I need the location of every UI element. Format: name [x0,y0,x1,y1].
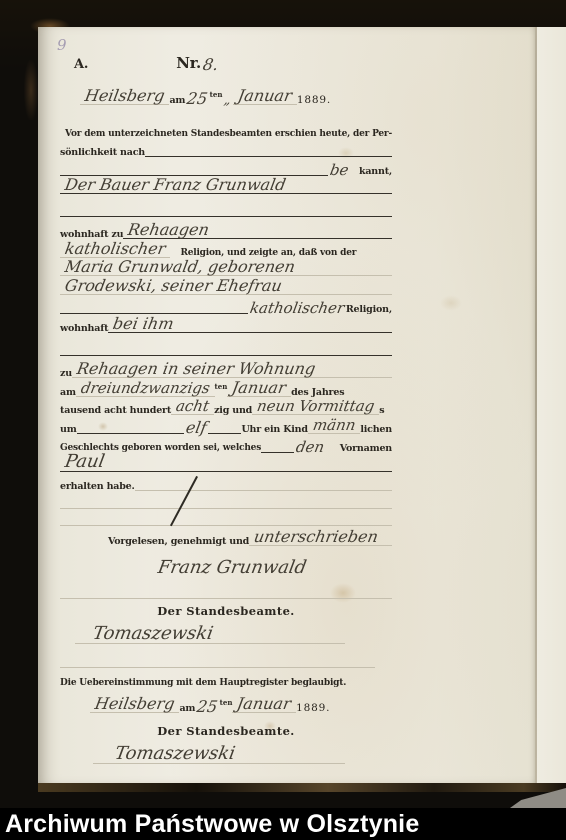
blank-line [60,340,392,358]
vornamen-label: Vornamen [340,444,392,454]
cert-day: 25 [194,699,221,715]
birth-month-field: Januar [227,380,291,397]
cover-worn-edge [24,60,38,120]
hour-printed: Uhr ein Kind [241,425,307,435]
cert-day-suffix: ten [220,698,233,707]
registrar-signature-line-2: Tomaszewski [93,740,345,766]
daytime-hand: Vormittag [296,399,378,414]
blank-line [60,201,392,219]
cert-year: 1889. [296,703,330,714]
intro-line-1: Vor dem unterzeichneten Standesbeamten e… [60,123,392,141]
year-hand-1: acht [173,399,213,414]
registrar-title-line: Der Standesbeamte. [60,601,392,619]
issue-day: 25 [184,91,211,107]
birthplace-prefix: zu [60,369,72,379]
cert-month: Januar [234,696,295,712]
religion-field-1: katholischer [60,241,170,258]
religion-value-1: katholischer [62,241,169,257]
certification-line: Die Uebereinstimmung mit dem Hauptregist… [60,672,392,690]
am-label: am [169,96,185,106]
ditto-mark: „ [221,94,234,107]
issue-month: Januar [235,88,296,104]
registrar-signature-line: Tomaszewski [75,620,345,646]
blank-rule [214,238,392,239]
blank-line [60,652,375,670]
archive-watermark-bar: Archiwum Państwowe w Olsztynie [0,808,566,840]
mother-name-field: Maria Grunwald, geborenen [60,259,300,276]
blank-rule [60,667,375,668]
blank-rule [300,275,392,276]
year-hand-field-1: acht [171,399,214,415]
residence-label: wohnhaft zu [60,230,123,240]
birth-day: dreiundzwanzigs [77,381,212,396]
birth-day-suffix: ten [215,382,228,391]
year-printed-1: tausend acht hundert [60,406,171,416]
record-number-value: 8. [200,57,222,73]
birthdate-prefix: am [60,388,76,398]
registrar-signature-field: Tomaszewski [75,625,345,644]
blank-rule [60,355,392,356]
facing-page-edge [537,27,566,787]
religion-value-2: katholischer [246,301,347,316]
received-line: erhalten habe. [60,475,392,493]
blank-rule [383,545,392,546]
child-name-line: Paul [60,456,392,474]
year-hand-2: neun [254,399,299,414]
birthplace-line: zu Rehaagen in seiner Wohnung [60,362,392,380]
cert-month-field: Januar [232,696,296,713]
birth-hour-line: um elf Uhr ein Kind männ lichen [60,418,392,436]
blank-rule [135,490,392,491]
register-page: 9 A. Nr. 8. Heilsberg am 25 ten „ Januar… [38,27,535,784]
mother-maiden-field: Grodewski, seiner Ehefrau [60,278,287,295]
section-letter: A. [74,58,88,71]
blank-rule [60,598,392,599]
declarant-field: Der Bauer Franz Grunwald [60,177,291,194]
closing-line: Vorgelesen, genehmigt und unterschrieben [60,530,392,548]
issue-year: 1889. [297,95,331,106]
paper-stain [440,295,462,311]
closing-printed: Vorgelesen, genehmigt und [108,537,249,547]
child-name-field: Paul [60,453,109,472]
blank-rule [208,433,241,434]
hour-label: um [60,425,77,435]
blank-rule [320,377,392,378]
religion-line-2: katholischer Religion, [60,298,392,316]
closing-hand: unterschrieben [251,529,382,545]
residence2-value: bei ihm [110,316,177,332]
declarant-signature-line: Franz Grunwald [60,551,392,577]
residence-value: Rehaagen [125,222,213,238]
birth-day-field: dreiundzwanzigs [76,381,215,397]
blank-rule [179,332,392,333]
issue-place: Heilsberg [82,88,168,104]
mother-maiden-name: Grodewski, seiner Ehefrau [62,278,286,294]
cert-place-field: Heilsberg [90,696,179,713]
hour-value: elf [182,420,209,436]
registrar-signature: Tomaszewski [89,625,216,643]
record-number-label: Nr. [176,56,201,71]
intro-text-2: sönlichkeit nach [60,148,145,158]
certification-date-line: Heilsberg am 25 ten Januar 1889. [60,691,392,715]
birthplace-value: Rehaagen in seiner Wohnung [73,361,318,377]
closing-hand-field: unterschrieben [249,529,383,546]
mother-maiden-line: Grodewski, seiner Ehefrau [60,279,392,297]
registrar-title-line-2: Der Standesbeamte. [60,721,392,739]
blank-rule [291,193,392,194]
article-hand: den [292,440,327,455]
registrar-title-2: Der Standesbeamte. [157,726,294,738]
intro-text-1: Vor dem unterzeichneten Standesbeamten e… [65,130,392,139]
blank-rule [60,525,392,526]
registrar-signature-field-2: Tomaszewski [93,745,345,764]
registrar-title: Der Standesbeamte. [157,606,294,618]
day-suffix: ten [210,90,223,99]
cert-place: Heilsberg [92,696,178,712]
daytime-suffix: s [379,406,384,416]
archive-name: Archiwum Państwowe w Olsztynie [0,808,419,840]
gender-hand: männ [310,418,359,433]
received-label: erhalten habe. [60,482,135,492]
blank-rule [261,452,293,453]
religion-printed-2: Religion, [346,305,392,315]
declarant-signature: Franz Grunwald [154,559,309,577]
birth-year-line: tausend acht hundert acht zig und neunVo… [60,399,392,417]
registrar-signature-2: Tomaszewski [111,745,238,763]
gender-printed: lichen [360,425,392,435]
cert-am-label: am [179,704,195,714]
gender-field: männ [308,418,361,434]
residence-field: Rehaagen [123,222,214,239]
blank-line [60,510,392,528]
certification-text: Die Uebereinstimmung mit dem Hauptregist… [60,679,346,688]
declarant-line: Der Bauer Franz Grunwald [60,178,392,196]
gender-line-2: Geschlechts geboren worden sei, welches … [60,437,392,455]
residence2-field: bei ihm [108,316,179,333]
blank-rule [109,471,392,472]
blank-rule [287,294,392,295]
year-printed-2: zig und [214,406,252,416]
header-line: A. Nr. 8. [60,55,392,73]
intro-line-2: sönlichkeit nach [60,141,392,159]
issue-month-field: Januar [233,88,297,105]
declarant-name: Der Bauer Franz Grunwald [62,177,289,193]
year-hand-field-2: neunVormittag [252,399,379,415]
child-name: Paul [61,453,108,471]
blank-rule [145,156,392,157]
known-handwritten: be [327,163,352,178]
birth-month: Januar [229,380,290,396]
known-printed: kannt, [359,167,392,177]
residence2-line: wohnhaft bei ihm [60,317,392,335]
blank-rule [60,508,392,509]
issue-date-line: Heilsberg am 25 ten „ Januar 1889. [60,83,392,107]
blank-line [60,493,392,511]
blank-line [60,583,392,601]
birth-year-label: des Jahres [291,388,344,398]
blank-rule [77,433,184,434]
page-bottom-worn-edge [38,783,566,792]
birthplace-field: Rehaagen in seiner Wohnung [72,361,320,378]
blank-rule [60,216,392,217]
residence2-label: wohnhaft [60,324,108,334]
mother-name: Maria Grunwald, geborenen [62,259,299,275]
pencil-page-number: 9 [57,36,67,54]
book-photo: 9 A. Nr. 8. Heilsberg am 25 ten „ Januar… [0,0,566,808]
issue-place-field: Heilsberg [80,88,169,105]
